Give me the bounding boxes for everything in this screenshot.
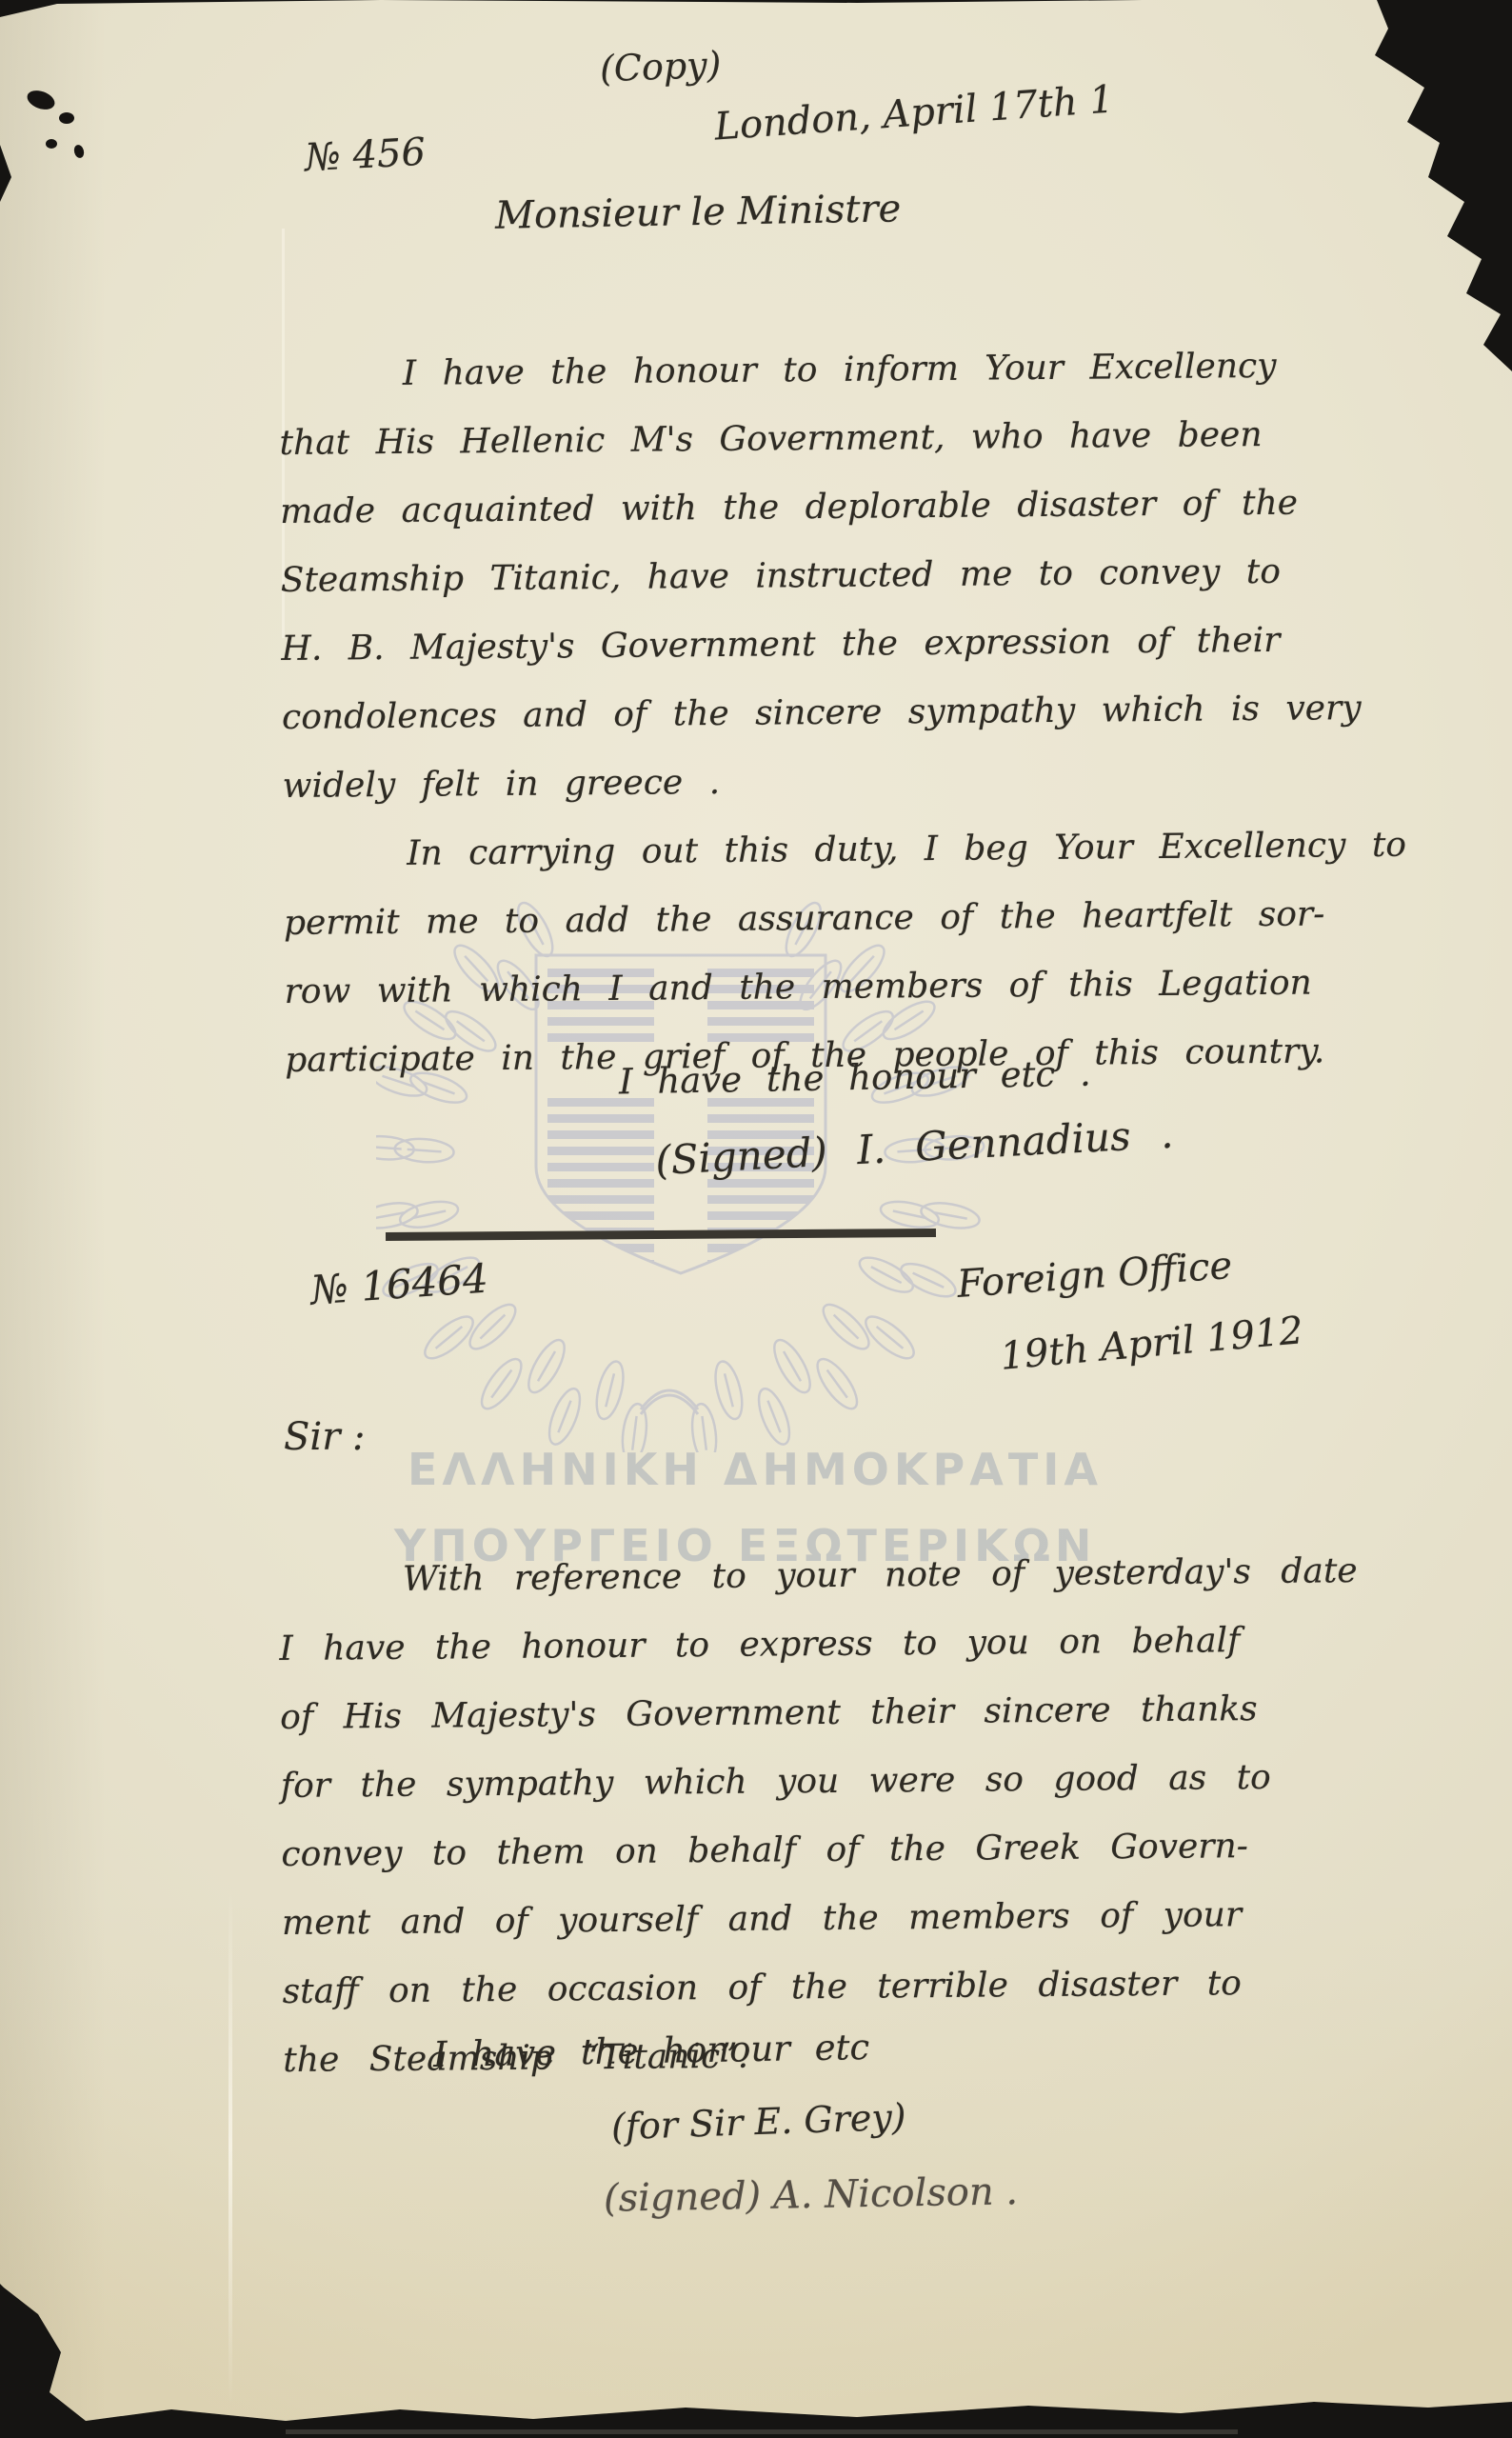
letter2-body: With reference to your note of yesterday… (278, 1469, 1362, 2095)
letter1-body-line: condolences and of the sincere sympathy … (282, 674, 1405, 752)
letter1-body-line: row with which I and the members of this… (284, 949, 1407, 1027)
letter2-body-line: I have the honour to express to you on b… (279, 1606, 1358, 1684)
letter1-body-line: widely felt in greece . (282, 743, 1405, 821)
letter1-body-line: that His Hellenic M's Government, who ha… (279, 400, 1403, 478)
ink-blot (72, 144, 85, 159)
letter1-body-line: In carrying out this duty, I beg Your Ex… (407, 811, 1406, 889)
letter2-date: 19th April 1912 (999, 1309, 1305, 1379)
letter1-body: I have the honour to inform Your Excelle… (278, 263, 1408, 1095)
letter1-body-line: made acquainted with the deplorable disa… (280, 469, 1403, 547)
letter-paper: ΕΛΛΗΝΙΚΗ ΔΗΜΟΚΡΑΤΙΑ ΥΠΟΥΡΓΕΙΟ ΕΞΩΤΕΡΙΚΩΝ… (0, 0, 1512, 2438)
letter2-signature: (signed) A. Nicolson . (604, 2169, 1019, 2221)
letter2-body-line: ment and of yourself and the members of … (282, 1880, 1361, 1958)
ink-blot (25, 87, 57, 112)
letter2-for-line: (for Sir E. Grey) (610, 2096, 906, 2148)
letter2-body-line (278, 1469, 1357, 1547)
scanned-letter-page: { "letter1": { "copy_label": "(Copy)", "… (0, 0, 1512, 2438)
letter2-body-line: for the sympathy which you were so good … (281, 1743, 1360, 1821)
letter1-body-line: I have the honour to inform Your Excelle… (403, 331, 1403, 409)
letter1-body-line: permit me to add the assurance of the he… (284, 880, 1407, 958)
letter2-salutation: Sir : (284, 1415, 366, 1459)
letter2-closing: I have the honour etc (433, 2027, 870, 2075)
letter2-body-line: of His Majesty's Government their sincer… (280, 1674, 1359, 1752)
letter1-reference-number: № 456 (304, 130, 427, 181)
letter1-body-line: Steamship Titanic, have instructed me to… (281, 537, 1404, 615)
letter1-body-line: H. B. Majesty's Government the expressio… (281, 606, 1404, 684)
letter2-body-line: convey to them on behalf of the Greek Go… (281, 1811, 1360, 1889)
letter1-closing: I have the honour etc . (619, 1053, 1091, 1103)
letter2-body-line: staff on the occasion of the terrible di… (282, 1948, 1361, 2027)
paper-crease (229, 1886, 232, 2405)
scan-edge-artifact (286, 2429, 1238, 2434)
ink-blot (46, 139, 57, 149)
letter2-body-line: With reference to your note of yesterday… (403, 1537, 1358, 1614)
letter2-office: Foreign Office (956, 1244, 1234, 1307)
ink-blot (59, 112, 74, 124)
letter1-salutation: Monsieur le Ministre (495, 187, 902, 237)
letter1-body-line (278, 263, 1402, 341)
letter1-place-date: London, April 17th 1 (713, 77, 1115, 149)
copy-label: (Copy) (599, 44, 722, 90)
